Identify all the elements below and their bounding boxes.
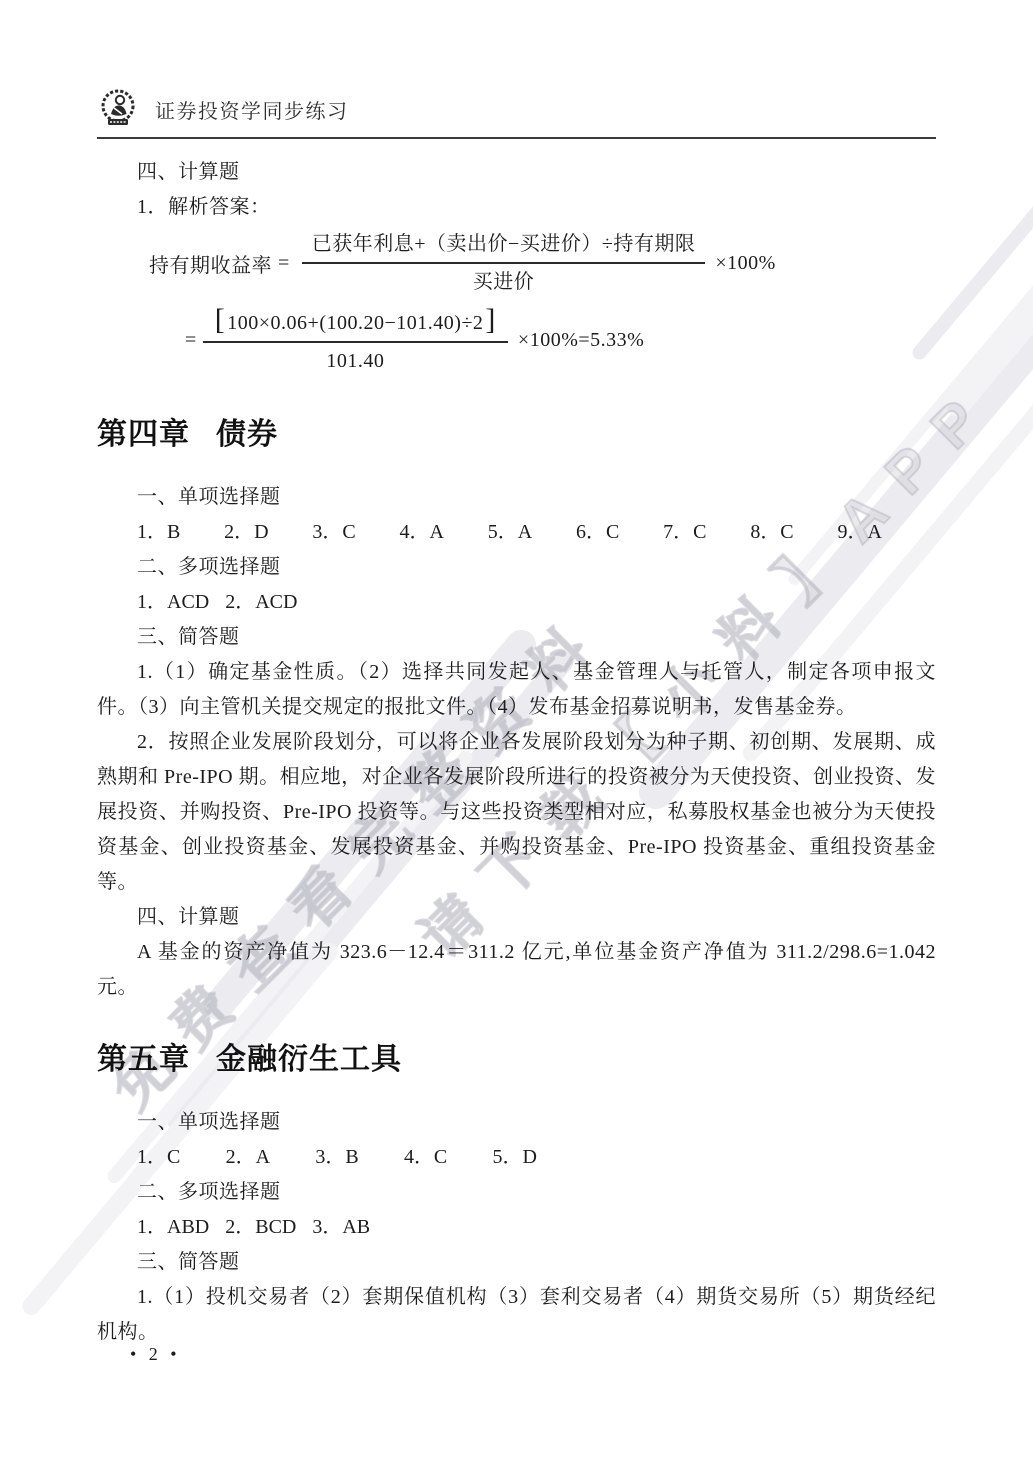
fraction-denominator: 买进价 [473,264,535,297]
answer-item: 4．C [404,1140,447,1175]
chapter5-short-answer-1: 1.（1）投机交易者（2）套期保值机构（3）套利交易者（4）期货交易所（5）期货… [97,1280,936,1350]
chapter4-multi-choice-answers: 1．ACD2．ACD [137,585,936,620]
chapter4-short-answer-1: 1.（1）确定基金性质。（2）选择共同发起人、基金管理人与托管人，制定各项申报文… [97,655,936,725]
page-header: 证券投资学同步练习 [97,88,936,139]
chapter4-short-answer-heading: 三、简答题 [137,620,936,655]
formula-multiplier: ×100% [715,252,775,275]
answer-item: 2．BCD [225,1210,296,1245]
answer-item: 7．C [663,515,706,550]
fraction-numerator: [100×0.06+(100.20−101.40)÷2] [203,305,508,343]
answer-item: 2．D [224,515,268,550]
answer-item: 6．C [576,515,619,550]
fraction: 已获年利息+（卖出价−买进价）÷持有期限 买进价 [302,229,706,297]
page-content: 证券投资学同步练习 四、计算题 1．解析答案： 持有期收益率 = 已获年利息+（… [0,0,1033,1350]
chapter4-number: 第四章 [97,418,190,451]
chapter4-calc-answer: A 基金的资产净值为 323.6－12.4＝311.2 亿元,单位基金资产净值为… [97,935,936,1005]
chapter4-short-answer-2: 2．按照企业发展阶段划分，可以将企业各发展阶段划分为种子期、初创期、发展期、成熟… [97,725,936,900]
calc-section-heading: 四、计算题 [137,155,936,190]
chapter4-calc-heading: 四、计算题 [137,900,936,935]
chapter5-multi-choice-answers: 1．ABD2．BCD3．AB [137,1210,936,1245]
holding-period-yield-formula: 持有期收益率 = 已获年利息+（卖出价−买进价）÷持有期限 买进价 ×100% [149,229,936,297]
left-bracket: [ [213,303,228,336]
page-header-title: 证券投资学同步练习 [155,95,349,124]
chapter4-single-choice-heading: 一、单项选择题 [137,480,936,515]
answer-item: 9．A [837,515,881,550]
fraction-numerator: 已获年利息+（卖出价−买进价）÷持有期限 [302,229,706,264]
answer-item: 3．B [315,1140,358,1175]
answer-item: 4．A [400,515,444,550]
calc-item-label: 1．解析答案： [137,190,936,225]
numerator-expression: 100×0.06+(100.20−101.40)÷2 [227,312,483,334]
yield-computation-formula: = [100×0.06+(100.20−101.40)÷2] 101.40 ×1… [185,305,936,376]
right-bracket: ] [483,303,498,336]
chapter5-heading: 第五章金融衍生工具 [97,1039,936,1081]
chapter5-single-choice-answers: 1．C2．A3．B4．C5．D [137,1140,537,1175]
chapter4-title: 债券 [216,418,278,451]
page-number: • 2 • [130,1344,181,1365]
chapter5-title: 金融衍生工具 [216,1043,402,1076]
chapter5-multi-choice-heading: 二、多项选择题 [137,1175,936,1210]
chapter5-number: 第五章 [97,1043,190,1076]
answer-item: 1．ABD [137,1210,209,1245]
chapter4-multi-choice-heading: 二、多项选择题 [137,550,936,585]
answer-item: 3．AB [312,1210,370,1245]
document-page: 免费查看完整资料 请下载【小料】APP 证券投资学同步练习 四、计算题 1．解析… [0,0,1033,1459]
answer-item: 1．ACD [137,585,209,620]
answer-item: 5．D [493,1140,537,1175]
answer-item: 5．A [488,515,532,550]
answer-item: 1．B [137,515,180,550]
equals-sign: = [278,252,290,275]
answer-item: 3．C [312,515,355,550]
chapter5-single-choice-heading: 一、单项选择题 [137,1105,936,1140]
publisher-logo-icon [97,88,143,130]
chapter4-heading: 第四章债券 [97,414,936,456]
formula-result: ×100%=5.33% [518,329,644,352]
answer-item: 2．ACD [225,585,297,620]
fraction: [100×0.06+(100.20−101.40)÷2] 101.40 [203,305,508,376]
answer-item: 2．A [226,1140,270,1175]
chapter5-short-answer-heading: 三、简答题 [137,1245,936,1280]
answer-item: 8．C [750,515,793,550]
formula-lhs: 持有期收益率 [149,249,272,278]
answer-item: 1．C [137,1140,180,1175]
fraction-denominator: 101.40 [326,343,384,376]
equals-sign: = [185,329,197,352]
chapter4-single-choice-answers: 1．B2．D3．C4．A5．A6．C7．C8．C9．A [137,515,882,550]
